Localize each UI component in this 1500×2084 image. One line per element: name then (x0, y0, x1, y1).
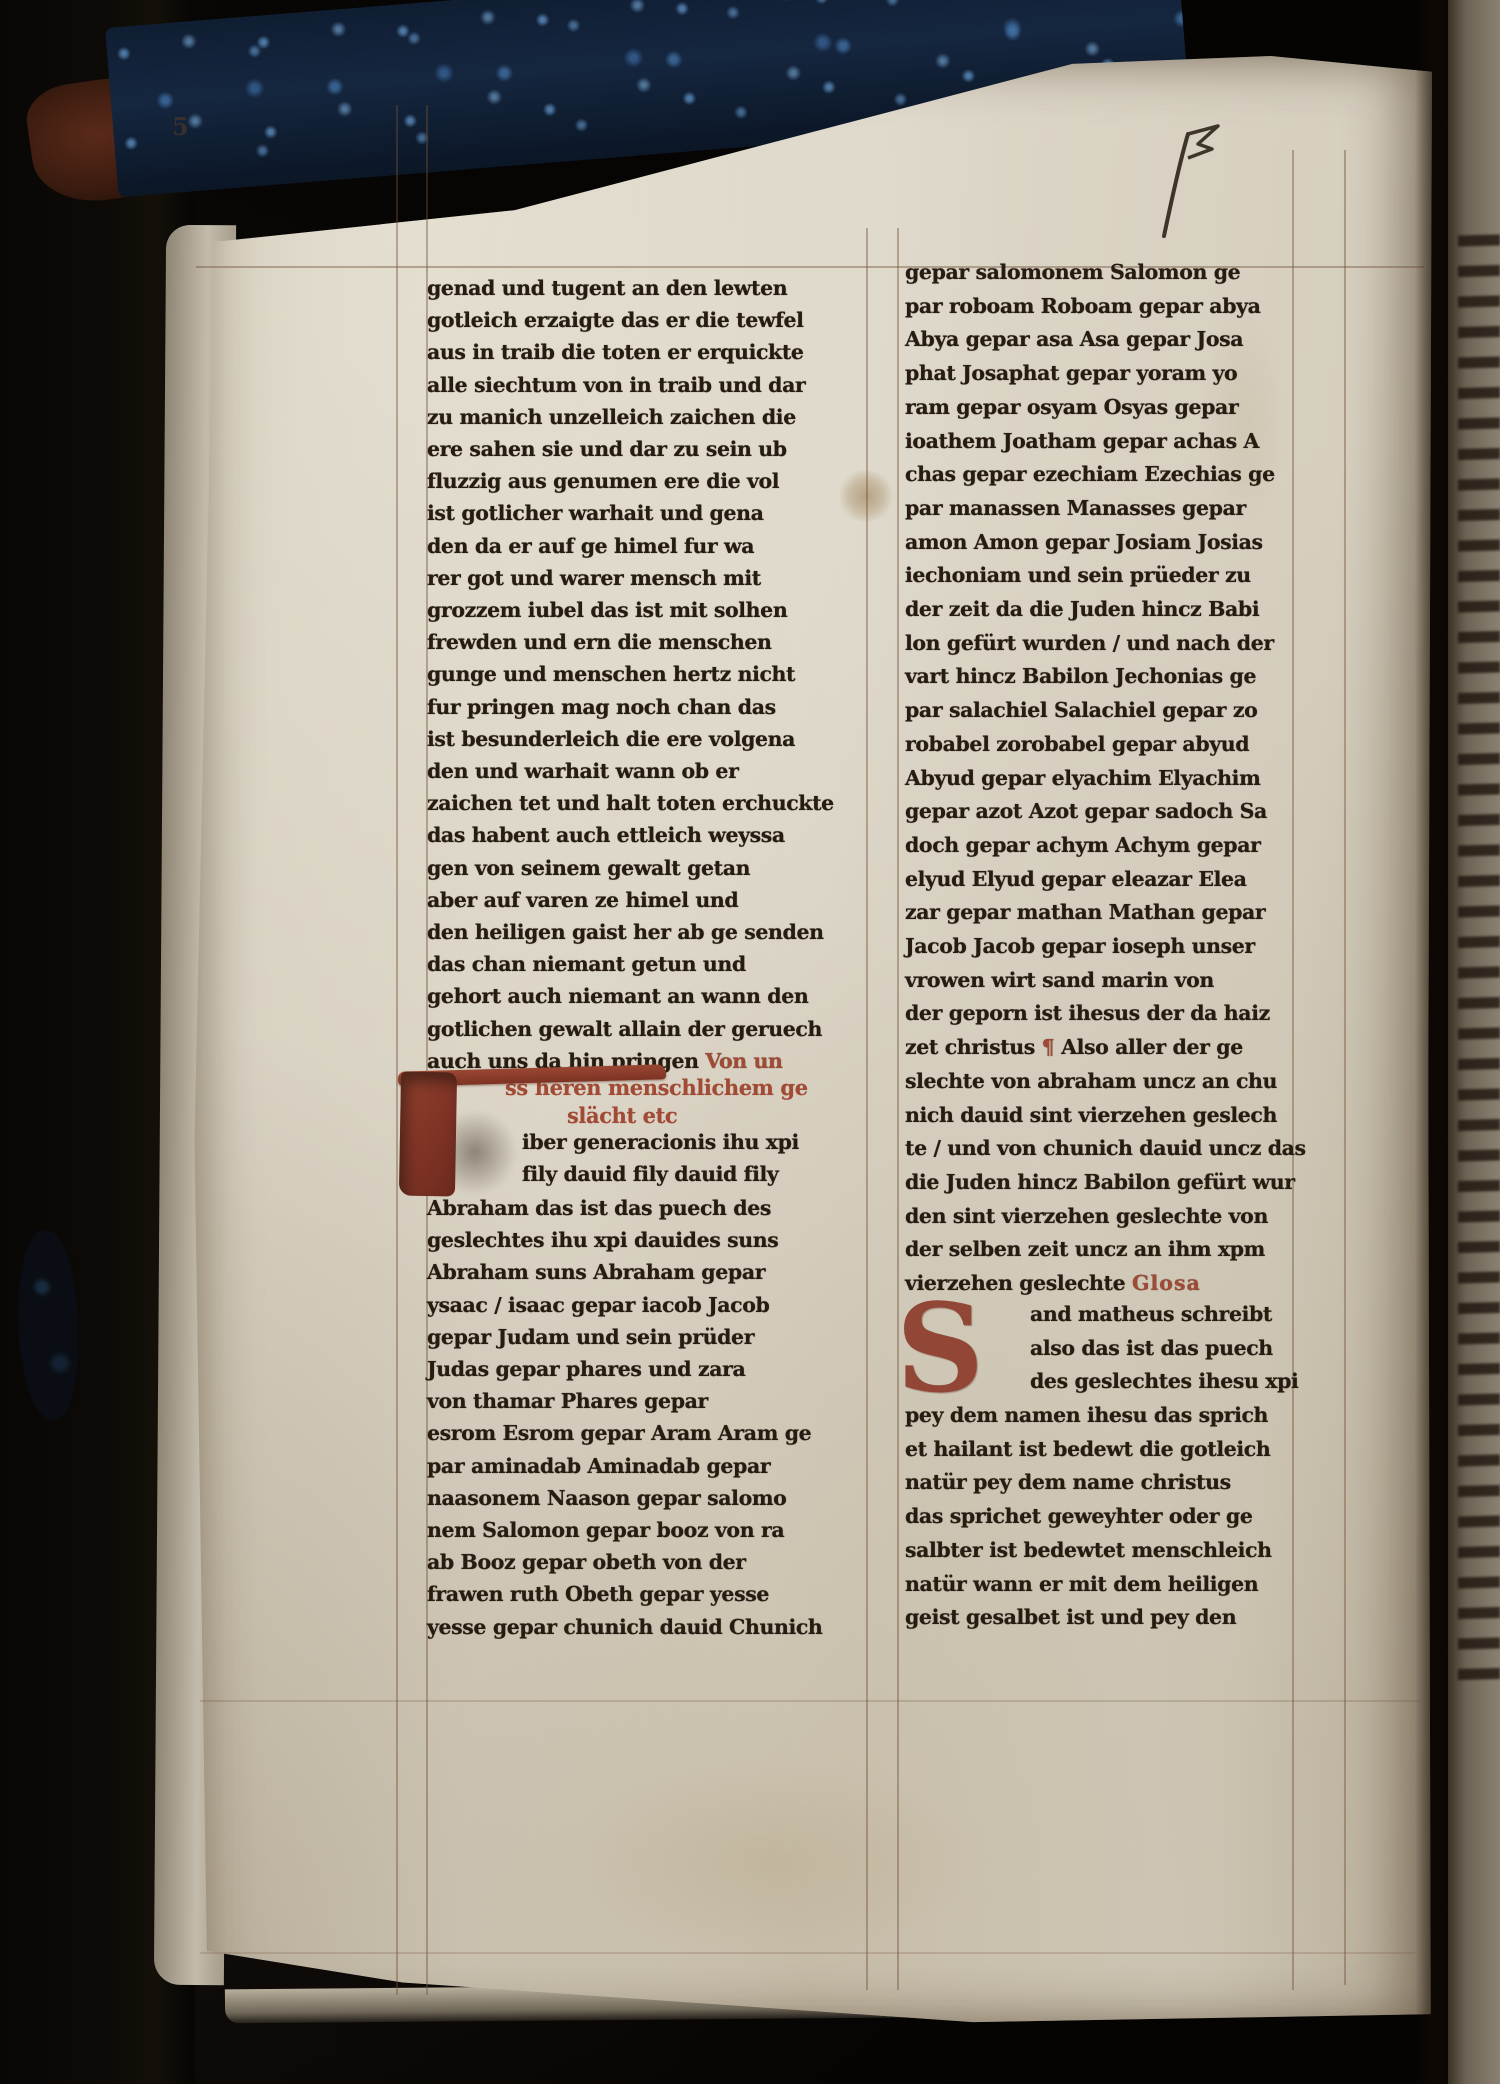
text-line: amon Amon gepar Josiam Josias (905, 526, 1297, 560)
text-line: gepar Judam und sein prüder (427, 1321, 819, 1353)
text-line: natür wann er mit dem heiligen (905, 1568, 1297, 1602)
text-line: des geslechtes ihesu xpi (1030, 1365, 1300, 1399)
text-line: alle siechtum von in traib und dar (427, 369, 819, 401)
text-line: gunge und menschen hertz nicht (427, 658, 819, 690)
text-line: vart hincz Babilon Jechonias ge (905, 660, 1297, 694)
text-line: Abya gepar asa Asa gepar Josa (905, 323, 1297, 357)
text-line: genad und tugent an den lewten (427, 272, 819, 304)
text-line: robabel zorobabel gepar abyud (905, 728, 1297, 762)
text-line: zaichen tet und halt toten erchuckte (427, 787, 819, 819)
text-line: den und warhait wann ob er (427, 755, 819, 787)
text-line: gepar salomonem Salomon ge (905, 256, 1297, 290)
text-line: Jacob Jacob gepar ioseph unser (905, 930, 1297, 964)
text-line: zar gepar mathan Mathan gepar (905, 896, 1297, 930)
text-line: der zeit da die Juden hincz Babi (905, 593, 1297, 627)
ruling-line-vertical (1344, 150, 1346, 1985)
text-line: naasonem Naason gepar salomo (427, 1482, 819, 1514)
text-line: vrowen wirt sand marin von (905, 964, 1297, 998)
text-line: nem Salomon gepar booz von ra (427, 1514, 819, 1546)
text-line: ioathem Joatham gepar achas A (905, 425, 1297, 459)
text-line: par roboam Roboam gepar abya (905, 290, 1297, 324)
text-line: den heiligen gaist her ab ge senden (427, 916, 819, 948)
text-line: das sprichet geweyhter oder ge (905, 1500, 1297, 1534)
ruling-line-vertical (866, 228, 868, 1990)
text-line: et hailant ist bedewt die gotleich (905, 1433, 1297, 1467)
right-column-continuation: pey dem namen ihesu das sprichet hailant… (905, 1399, 1297, 1635)
text-line: ab Booz gepar obeth von der (427, 1546, 819, 1578)
ruling-line-horizontal (200, 1700, 1420, 1702)
text-line: ist gotlicher warhait und gena (427, 497, 819, 529)
text-line: aber auf varen ze himel und (427, 884, 819, 916)
text-line: zu manich unzelleich zaichen die (427, 401, 819, 433)
text-line: das chan niemant getun und (427, 948, 819, 980)
ruling-line-vertical (396, 105, 398, 1995)
text-line: ist besunderleich die ere volgena (427, 723, 819, 755)
text-line: slechte von abraham uncz an chu (905, 1065, 1297, 1099)
text-line: salbter ist bedewtet menschleich (905, 1534, 1297, 1568)
text-line: nich dauid sint vierzehen geslech (905, 1099, 1297, 1133)
text-line: par salachiel Salachiel gepar zo (905, 694, 1297, 728)
text-line: pey dem namen ihesu das sprich (905, 1399, 1297, 1433)
text-line: geslechtes ihu xpi dauides suns (427, 1224, 819, 1256)
text-line: der geporn ist ihesus der da haiz (905, 997, 1297, 1031)
left-column-body: genad und tugent an den lewtengotleich e… (427, 272, 819, 1077)
text-line: das habent auch ettleich weyssa (427, 819, 819, 851)
left-column-continuation: Abraham das ist das puech desgeslechtes … (427, 1192, 819, 1643)
text-line: frawen ruth Obeth gepar yesse (427, 1578, 819, 1610)
text-line: aus in traib die toten er erquickte (427, 336, 819, 368)
text-line: den sint vierzehen geslechte von (905, 1200, 1297, 1234)
text-line: geist gesalbet ist und pey den (905, 1601, 1297, 1635)
text-line: fily dauid fily dauid fily (522, 1158, 822, 1190)
text-line: lon gefürt wurden / und nach der (905, 627, 1297, 661)
text-line: ere sahen sie und dar zu sein ub (427, 433, 819, 465)
text-line: te / und von chunich dauid uncz das (905, 1132, 1297, 1166)
text-line: die Juden hincz Babilon gefürt wur (905, 1166, 1297, 1200)
ruling-line-horizontal (200, 1952, 1415, 1954)
text-line: doch gepar achym Achym gepar (905, 829, 1297, 863)
text-line: gepar azot Azot gepar sadoch Sa (905, 795, 1297, 829)
text-line: ysaac / isaac gepar iacob Jacob (427, 1289, 819, 1321)
text-line: yesse gepar chunich dauid Chunich (427, 1611, 819, 1643)
text-line: natür pey dem name christus (905, 1466, 1297, 1500)
ruling-line-vertical (897, 228, 899, 1990)
text-line: den da er auf ge himel fur wa (427, 530, 819, 562)
text-line: iechoniam und sein prüeder zu (905, 559, 1297, 593)
text-line: rer got und warer mensch mit (427, 562, 819, 594)
text-line: zet christus ¶ Also aller der ge (905, 1031, 1297, 1065)
text-line: frewden und ern die menschen (427, 626, 819, 658)
folio-number: 5 (172, 112, 189, 141)
text-line: and matheus schreibt (1030, 1298, 1300, 1332)
text-line: par manassen Manasses gepar (905, 492, 1297, 526)
text-line: esrom Esrom gepar Aram Aram ge (427, 1417, 819, 1449)
text-line: fur pringen mag noch chan das (427, 691, 819, 723)
pen-flag-mark (1148, 118, 1228, 243)
text-line: iber generacionis ihu xpi (522, 1126, 822, 1158)
right-column-body: gepar salomonem Salomon gepar roboam Rob… (905, 256, 1297, 1301)
text-line: gehort auch niemant an wann den (427, 980, 819, 1012)
text-line: par aminadab Aminadab gepar (427, 1450, 819, 1482)
text-line: phat Josaphat gepar yoram yo (905, 357, 1297, 391)
right-column-initial-lines: and matheus schreibtalso das ist das pue… (1030, 1298, 1300, 1399)
text-line: von thamar Phares gepar (427, 1385, 819, 1417)
text-line: gotlichen gewalt allain der geruech (427, 1013, 819, 1045)
initial-L-stem (399, 1072, 457, 1197)
text-line: grozzem iubel das ist mit solhen (427, 594, 819, 626)
manuscript-photo: 5 genad und tugent an den lewtengotleich… (0, 0, 1500, 2084)
next-page-text-sliver (1458, 234, 1500, 1690)
text-line: der selben zeit uncz an ihm xpm (905, 1233, 1297, 1267)
text-line: gotleich erzaigte das er die tewfel (427, 304, 819, 336)
text-line: Abyud gepar elyachim Elyachim (905, 762, 1297, 796)
text-line: elyud Elyud gepar eleazar Elea (905, 863, 1297, 897)
text-line: chas gepar ezechiam Ezechias ge (905, 458, 1297, 492)
text-line: Abraham suns Abraham gepar (427, 1256, 819, 1288)
text-line: Abraham das ist das puech des (427, 1192, 819, 1224)
text-line: also das ist das puech (1030, 1332, 1300, 1366)
left-column-initial-lines: iber generacionis ihu xpifily dauid fily… (522, 1126, 822, 1190)
text-line: fluzzig aus genumen ere die vol (427, 465, 819, 497)
text-line: Judas gepar phares und zara (427, 1353, 819, 1385)
text-line: gen von seinem gewalt getan (427, 852, 819, 884)
text-line: ram gepar osyam Osyas gepar (905, 391, 1297, 425)
